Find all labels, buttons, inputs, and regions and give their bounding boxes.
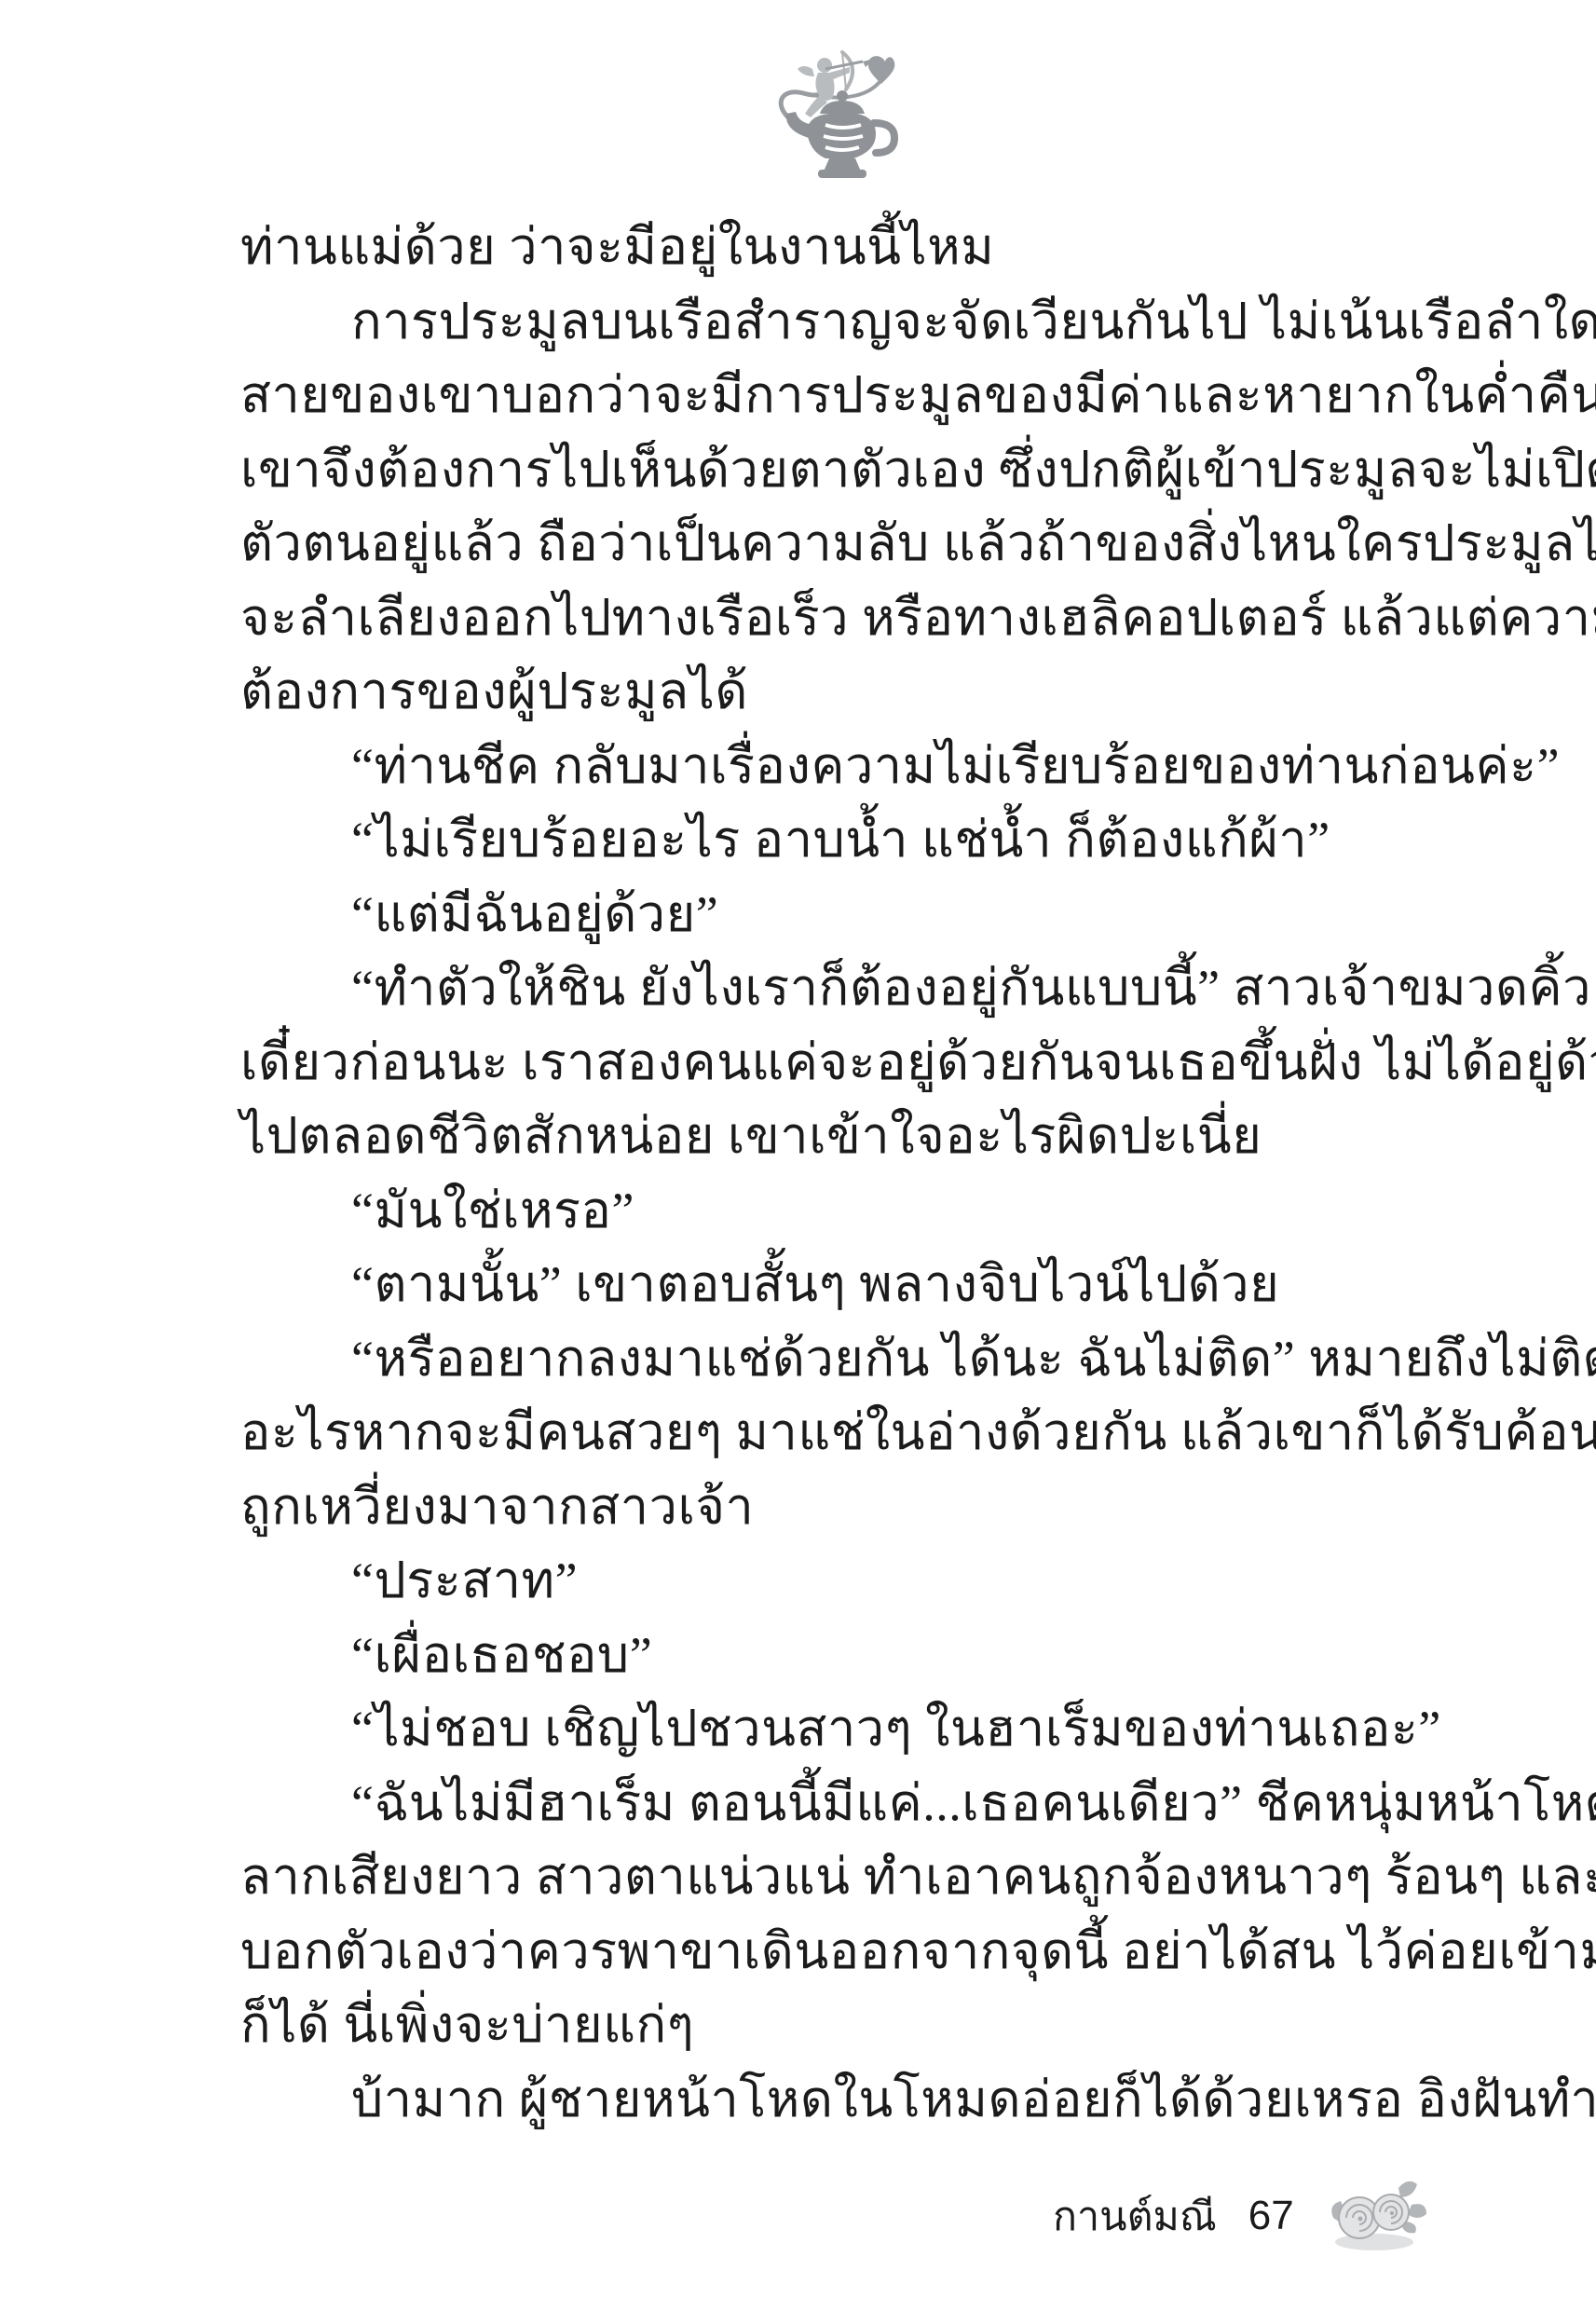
text-line: “เผื่อเธอชอบ” [240,1619,1416,1693]
text-line: ตัวตนอยู่แล้ว ถือว่าเป็นความลับ แล้วถ้าข… [240,507,1416,581]
text-line: “ตามนั้น” เขาตอบสั้นๆ พลางจิบไวน์ไปด้วย [240,1248,1416,1322]
text-line: “ไม่ชอบ เชิญไปชวนสาวๆ ในฮาเร็มของท่านเถอ… [240,1692,1416,1767]
genie-lamp-cupid-icon [771,45,907,185]
text-line: “หรืออยากลงมาแช่ด้วยกัน ได้นะ ฉันไม่ติด”… [240,1322,1416,1397]
page-footer: กานต์มณี 67 [1053,2177,1428,2255]
text-line: “ท่านชีค กลับมาเรื่องความไม่เรียบร้อยของ… [240,730,1416,804]
text-line: เขาจึงต้องการไปเห็นด้วยตาตัวเอง ซึ่งปกติ… [240,433,1416,508]
text-line: “ไม่เรียบร้อยอะไร อาบน้ำ แช่น้ำ ก็ต้องแก… [240,803,1416,878]
text-line: “มันใช่เหรอ” [240,1174,1416,1249]
book-title: กานต์มณี [1053,2184,1217,2248]
text-line: ลากเสียงยาว สาวตาแน่วแน่ ทำเอาคนถูกจ้องห… [240,1840,1416,1915]
page-text: ท่านแม่ด้วย ว่าจะมีอยู่ในงานนี้ไหมการประ… [240,211,1416,2137]
text-line: จะลำเลียงออกไปทางเรือเร็ว หรือทางเฮลิคอป… [240,581,1416,656]
text-line: การประมูลบนเรือสำราญจะจัดเวียนกันไป ไม่เ… [240,285,1416,360]
lamp-body [786,90,876,178]
text-line: “ประสาท” [240,1544,1416,1619]
text-line: “แต่มีฉันอยู่ด้วย” [240,878,1416,952]
text-line: ท่านแม่ด้วย ว่าจะมีอยู่ในงานนี้ไหม [240,211,1416,285]
text-line: ถูกเหวี่ยงมาจากสาวเจ้า [240,1470,1416,1545]
roses-ornament [1326,2177,1428,2255]
text-line: ต้องการของผู้ประมูลได้ [240,655,1416,730]
text-line: บอกตัวเองว่าควรพาขาเดินออกจากจุดนี้ อย่า… [240,1915,1416,1990]
text-line: เดี๋ยวก่อนนะ เราสองคนแค่จะอยู่ด้วยกันจนเ… [240,1026,1416,1101]
roses-icon [1326,2177,1428,2255]
text-line: บ้ามาก ผู้ชายหน้าโหดในโหมดอ่อยก็ได้ด้วยเ… [240,2063,1416,2138]
text-line: “ทำตัวให้ชิน ยังไงเราก็ต้องอยู่กันแบบนี้… [240,951,1416,1026]
text-line: สายของเขาบอกว่าจะมีการประมูลของมีค่าและห… [240,359,1416,433]
text-line: “ฉันไม่มีฮาเร็ม ตอนนี้มีแค่...เธอคนเดียว… [240,1767,1416,1841]
text-line: ก็ได้ นี่เพิ่งจะบ่ายแก่ๆ [240,1989,1416,2063]
page-number: 67 [1248,2193,1294,2239]
heart-icon [868,56,895,84]
text-line: ไปตลอดชีวิตสักหน่อย เขาเข้าใจอะไรผิดปะเน… [240,1100,1416,1174]
book-page: ท่านแม่ด้วย ว่าจะมีอยู่ในงานนี้ไหมการประ… [0,0,1596,2311]
genie-lamp-ornament [771,45,907,185]
text-line: อะไรหากจะมีคนสวยๆ มาแช่ในอ่างด้วยกัน แล้… [240,1396,1416,1470]
